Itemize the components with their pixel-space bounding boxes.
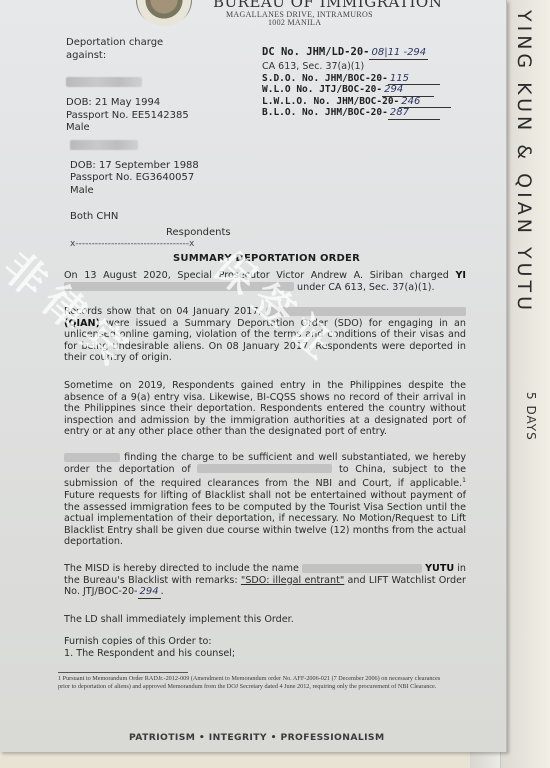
footnote-divider: [58, 672, 188, 673]
redacted-name-1: [66, 77, 142, 87]
handwritten-margin-note-2: 5 DAYS: [524, 392, 538, 441]
handwritten-margin-note: YING KUN & QIAN YUTU: [513, 10, 535, 314]
paragraph-entry: Sometime on 2019, Respondents gained ent…: [64, 380, 466, 438]
redacted-text: [64, 453, 120, 462]
paragraph-implement: The LD shall immediately implement this …: [64, 614, 466, 626]
document-page: BUREAU OF IMMIGRATION MAGALLANES DRIVE, …: [0, 0, 507, 752]
respondent2-sex: Male: [70, 185, 94, 197]
nationality: Both CHN: [70, 211, 118, 223]
motto: PATRIOTISM • INTEGRITY • PROFESSIONALISM: [129, 732, 385, 743]
case-number-label: DC No. JHM/LD-20-: [262, 46, 369, 58]
redacted-names: [197, 464, 332, 473]
respondent1-passport: Passport No. EE5142385: [66, 110, 189, 122]
paragraph-charge: On 13 August 2020, Special Prosecutor Vi…: [64, 270, 466, 293]
handwritten-number: 08|11 -294: [369, 47, 428, 60]
case-number-row: L.W.L.O. No. JHM/BOC-20-246: [262, 93, 451, 105]
redacted-names: [302, 564, 422, 573]
paragraph-blacklist: The MISD is hereby directed to include t…: [64, 563, 466, 599]
charge-label: Deportation charge: [66, 37, 163, 49]
case-number-row: W.L.O No. JTJ/BOC-20-294: [262, 81, 451, 93]
respondent1-sex: Male: [66, 122, 90, 134]
case-number-label: B.L.O. No. JHM/BOC-20-: [262, 107, 388, 118]
paragraph-furnish: Furnish copies of this Order to:: [64, 636, 466, 648]
respondent2-dob: DOB: 17 September 1988: [70, 160, 199, 172]
case-number-row: B.L.O. No. JHM/BOC-20-287: [262, 104, 451, 116]
case-number-block: DC No. JHM/LD-20-08|11 -294CA 613, Sec. …: [262, 44, 451, 116]
handwritten-number: 287: [388, 107, 440, 120]
redacted-names: [266, 307, 466, 316]
bureau-seal-icon: [136, 0, 192, 26]
respondent1-dob: DOB: 21 May 1994: [66, 97, 160, 109]
caption-divider: x-----------------------------------x: [70, 238, 220, 250]
respondent2-passport: Passport No. EG3640057: [70, 172, 194, 184]
case-number-row: DC No. JHM/LD-20-08|11 -294: [262, 44, 451, 58]
order-title: SUMMARY DEPORTATION ORDER: [173, 253, 360, 264]
paragraph-records: Records show that on 04 January 2017, (Q…: [64, 306, 466, 364]
paragraph-order: finding the charge to be sufficient and …: [64, 452, 466, 548]
furnish-item-1: 1. The Respondent and his counsel;: [64, 648, 466, 660]
redacted-names: [64, 282, 294, 291]
case-number-row: S.D.O. No. JHM/BOC-20-115: [262, 70, 451, 82]
agency-address-line2: 1002 MANILA: [268, 18, 321, 27]
case-number-row: CA 613, Sec. 37(a)(1): [262, 58, 451, 70]
charge-label-2: against:: [66, 50, 106, 62]
redacted-name-2: [70, 140, 138, 150]
footnote: 1 Pursuant to Memorandum Order RADJr.-20…: [58, 675, 448, 690]
